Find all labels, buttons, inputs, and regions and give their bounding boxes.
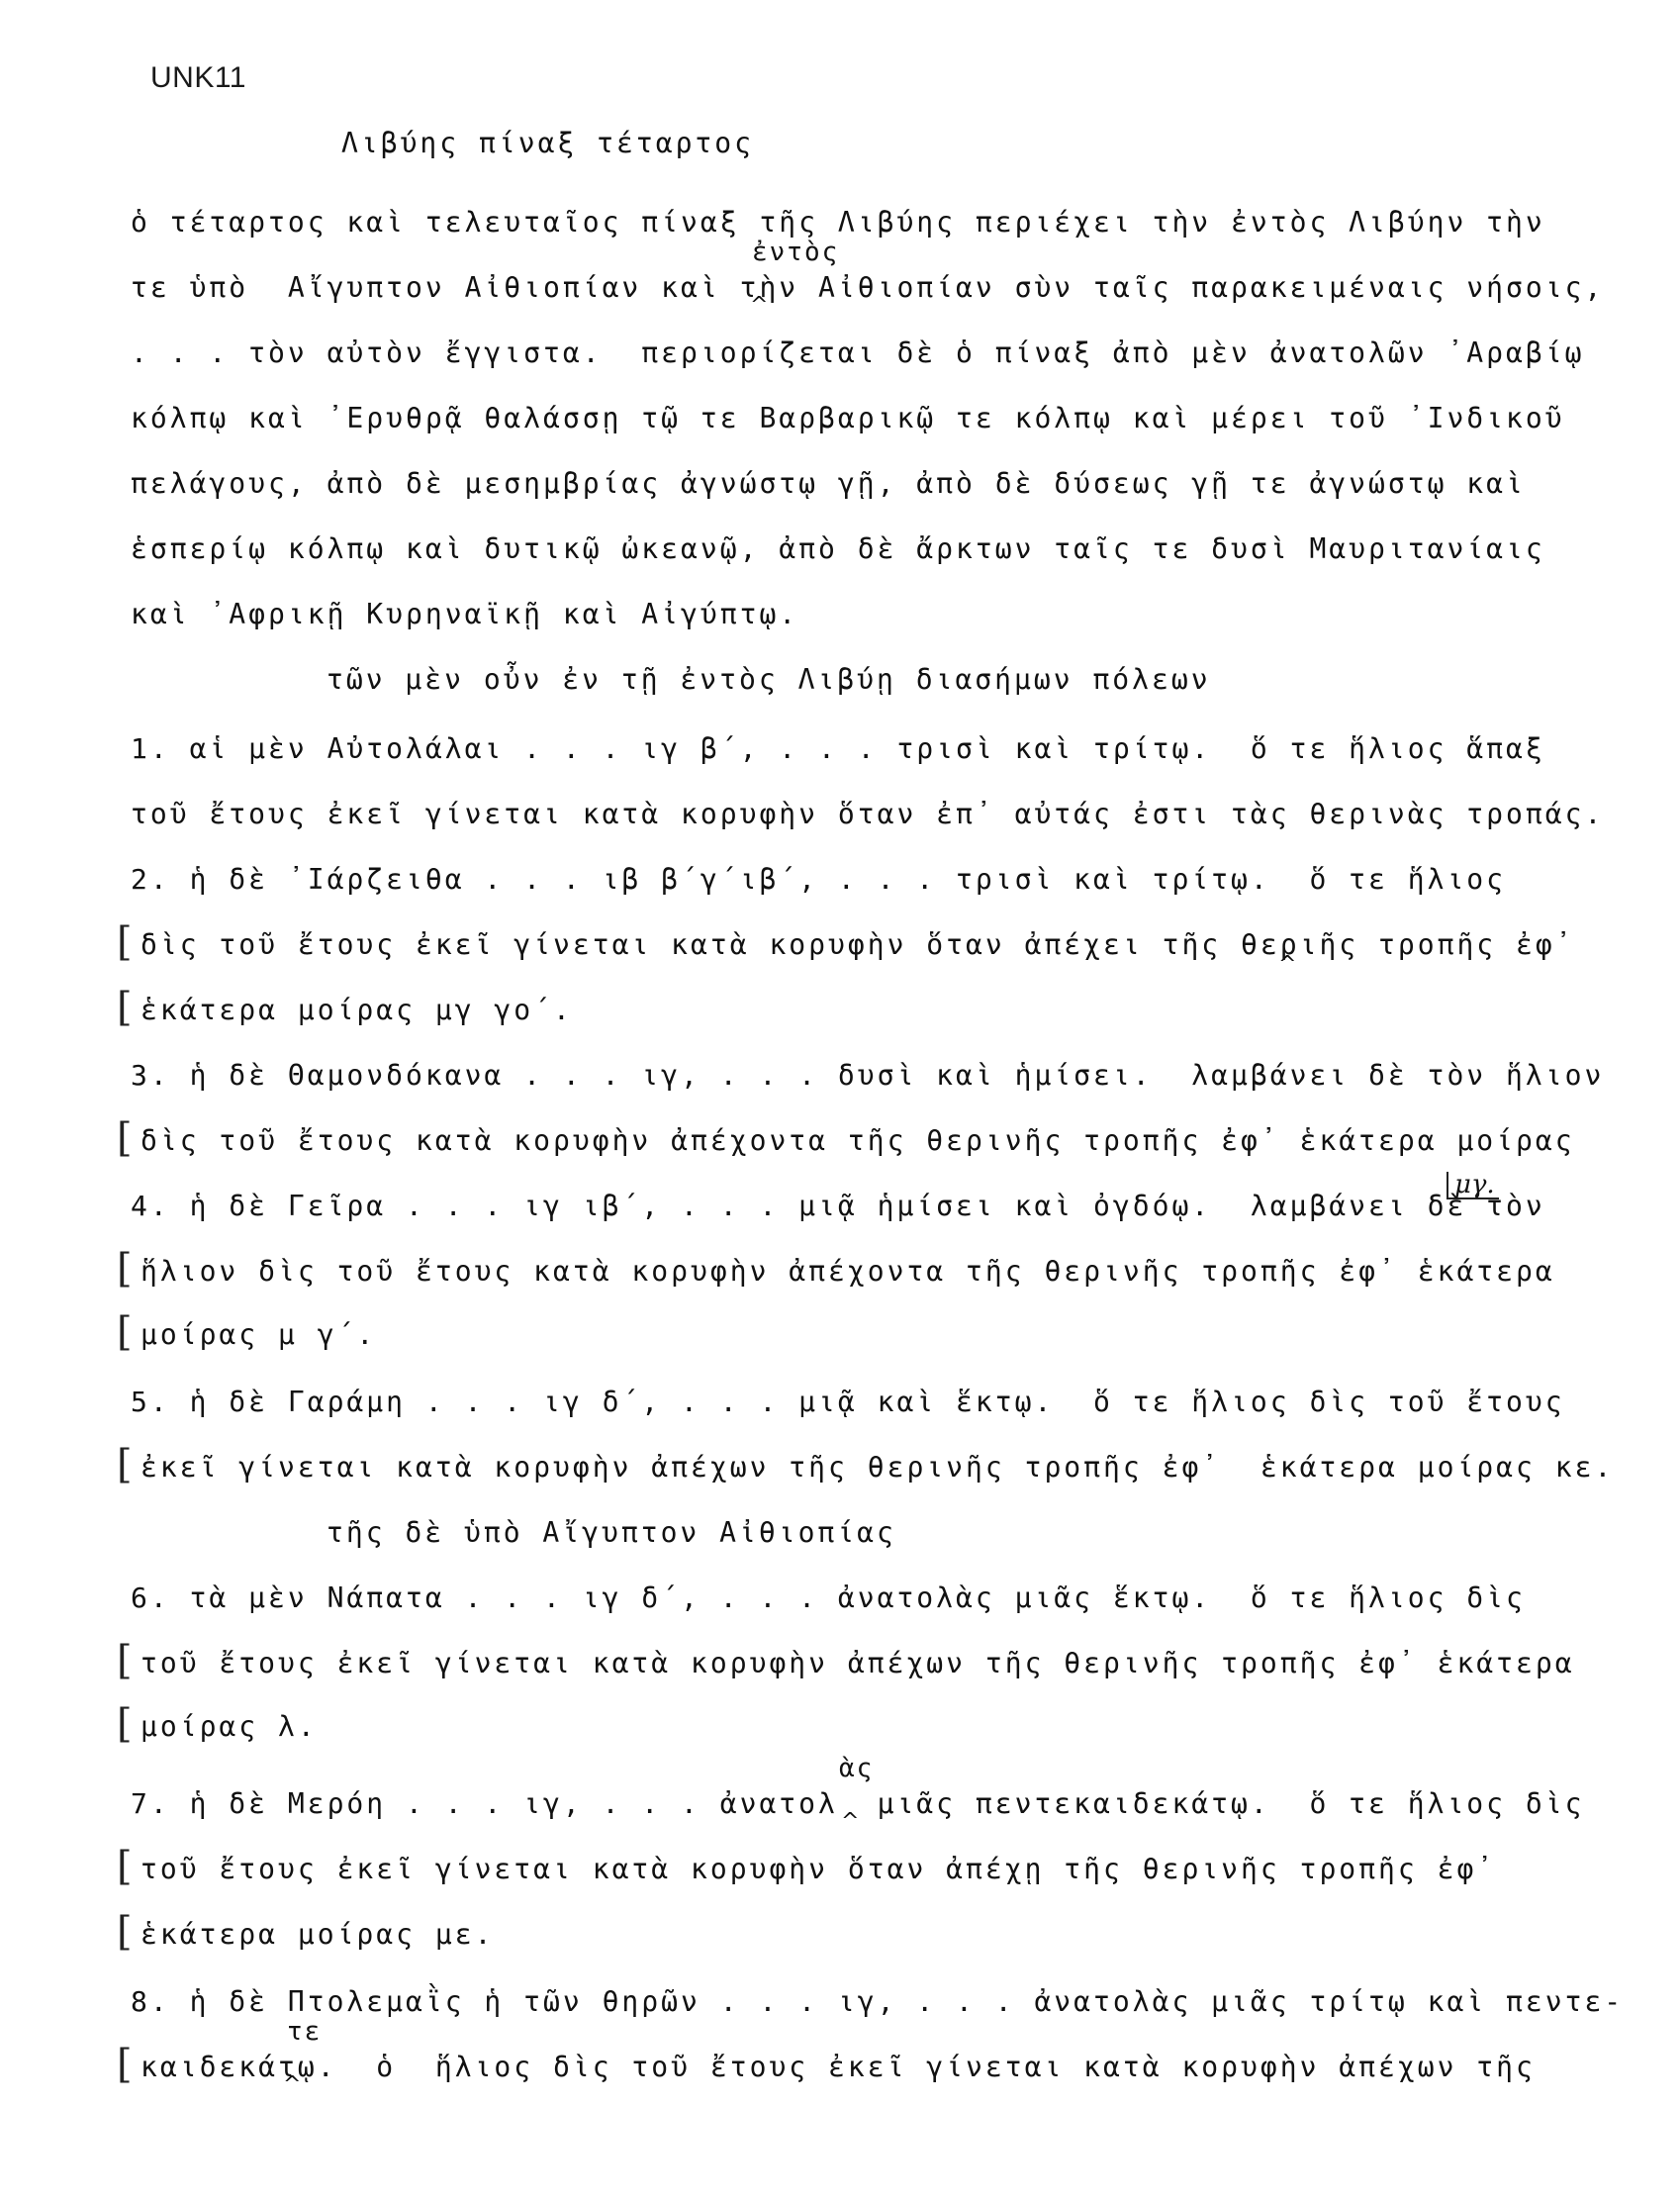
intro-line-4: κόλπῳ καὶ ᾿Ερυθρᾷ θαλάσσῃ τῷ τε Βαρβαρικ… [131, 402, 1565, 435]
entry-7-insert: ὰς [839, 1754, 874, 1783]
margin-bracket-icon: [ [117, 1249, 133, 1289]
entry-2-line-2: δὶς τοῦ ἔτους ἐκεῖ γίνεται κατὰ κορυφὴν … [140, 928, 1575, 962]
entry-4-line-2: ἥλιον δὶς τοῦ ἔτους κατὰ κορυφὴν ἀπέχοντ… [140, 1255, 1555, 1289]
insert-caret-icon: ^ [283, 2072, 301, 2097]
entry-8-line-1: 8. ἡ δὲ Πτολεμαῒς ἡ τῶν θηρῶν . . . ιγ, … [131, 1985, 1624, 2019]
margin-bracket-icon: [ [117, 1641, 133, 1680]
insert-caret-icon: ^ [750, 293, 768, 318]
margin-bracket-icon: [ [117, 1847, 133, 1886]
entry-7-line-3: ἑκάτερα μοίρας με. [140, 1918, 494, 1952]
insert-caret-icon: ^ [841, 1809, 859, 1834]
entry-8-insert: τε [287, 2017, 322, 2047]
entry-2-line-3: ἑκάτερα μοίρας μγ γο΄. [140, 994, 573, 1027]
margin-bracket-icon: [ [117, 922, 133, 962]
intro-line-5: πελάγους, ἀπὸ δὲ μεσημβρίας ἀγνώστῳ γῇ, … [131, 467, 1526, 501]
entry-4-line-1: 4. ἡ δὲ Γεῖρα . . . ιγ ιβ΄, . . . μιᾷ ἡμ… [131, 1190, 1545, 1223]
intro-insert-entos: ἐντὸς [752, 238, 839, 267]
entry-5-line-1: 5. ἡ δὲ Γαράμη . . . ιγ δ΄, . . . μιᾷ κα… [131, 1386, 1565, 1419]
document-title: Λιβύης πίναξ τέταρτος [341, 127, 754, 159]
entry-7-line-2: τοῦ ἔτους ἐκεῖ γίνεται κατὰ κορυφὴν ὅταν… [140, 1853, 1496, 1886]
intro-line-7: καὶ ᾿Αφρικῇ Κυρηναϊκῇ καὶ Αἰγύπτῳ. [131, 598, 798, 631]
entry-1-line-2: τοῦ ἔτους ἐκεῖ γίνεται κατὰ κορυφὴν ὅταν… [131, 798, 1604, 831]
intro-line-2: τε ὑπὸ Αἴγυπτον Αἰθιοπίαν καὶ τὴν Αἰθιοπ… [131, 271, 1604, 305]
margin-bracket-icon: [ [117, 2045, 133, 2084]
entry-3-line-2: δὶς τοῦ ἔτους κατὰ κορυφὴν ἀπέχοντα τῆς … [140, 1124, 1575, 1158]
entry-5-line-2: ἐκεῖ γίνεται κατὰ κορυφὴν ἀπέχων τῆς θερ… [140, 1451, 1614, 1485]
entry-6-line-1: 6. τὰ μὲν Νάπατα . . . ιγ δ΄, . . . ἀνατ… [131, 1581, 1526, 1615]
page-label: UNK11 [150, 61, 246, 95]
margin-bracket-icon: [ [117, 1118, 133, 1158]
entry-2-line-1: 2. ἡ δὲ ᾿Ιάρζειθα . . . ιβ β΄γ΄ιβ΄, . . … [131, 863, 1506, 897]
entry-1-line-1: 1. αἱ μὲν Αὐτολάλαι . . . ιγ β΄, . . . τ… [131, 732, 1545, 766]
intro-line-6: ἑσπερίῳ κόλπῳ καὶ δυτικῷ ὠκεανῷ, ἀπὸ δὲ … [131, 532, 1545, 566]
entry-8-line-2: καιδεκάτῳ. ὁ ἥλιος δὶς τοῦ ἔτους ἐκεῖ γί… [140, 2051, 1536, 2084]
margin-bracket-icon: [ [117, 1704, 133, 1744]
insert-caret-icon: ^ [1278, 952, 1296, 977]
intro-line-3: . . . τὸν αὐτὸν ἔγγιστα. περιορίζεται δὲ… [131, 336, 1584, 370]
margin-bracket-icon: [ [117, 1445, 133, 1485]
section-heading-inner-libya: τῶν μὲν οὖν ἐν τῇ ἐντὸς Λιβύῃ διασήμων π… [327, 663, 1211, 697]
entry-4-line-3: μοίρας μ γ΄. [140, 1318, 376, 1352]
entry-6-line-3: μοίρας λ. [140, 1710, 318, 1744]
margin-bracket-icon: [ [117, 1312, 133, 1352]
margin-bracket-icon: [ [117, 1912, 133, 1952]
intro-line-1: ὁ τέταρτος καὶ τελευταῖος πίναξ τῆς Λιβύ… [131, 206, 1545, 239]
margin-bracket-icon: [ [117, 988, 133, 1027]
entry-3-line-1: 3. ἡ δὲ Θαμονδόκανα . . . ιγ, . . . δυσὶ… [131, 1059, 1604, 1093]
section-heading-ethiopia: τῆς δὲ ὑπὸ Αἴγυπτον Αἰθιοπίας [327, 1516, 896, 1550]
entry-6-line-2: τοῦ ἔτους ἐκεῖ γίνεται κατὰ κορυφὴν ἀπέχ… [140, 1647, 1575, 1680]
